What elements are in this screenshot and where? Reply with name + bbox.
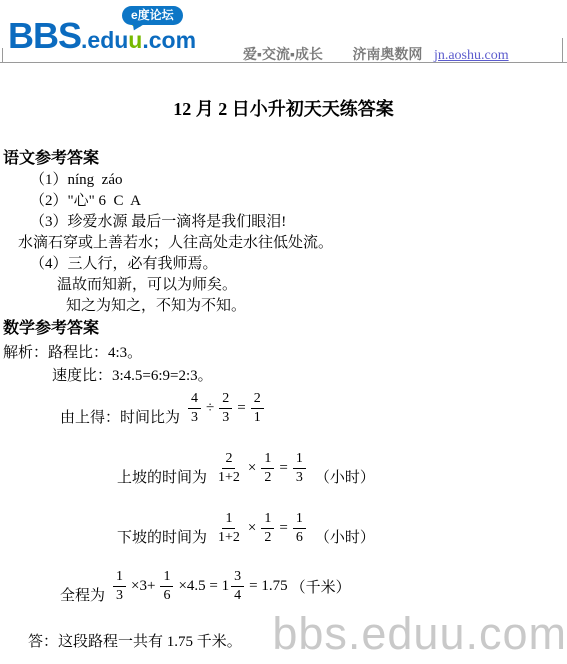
site-header: BBS .edu u .com e度论坛 爱▪交流▪成长 济南奥数网 jn.ao…: [0, 0, 567, 63]
logo-text-com: .com: [142, 29, 196, 52]
equals-operator: =: [279, 520, 287, 537]
chinese-answer-line: 水滴石穿或上善若水；人往高处走水往低处流。: [18, 231, 333, 252]
formula-label: 由上得：时间比为: [60, 406, 180, 427]
formula-unit: （小时）: [315, 466, 375, 487]
fraction-denominator: 6: [293, 529, 306, 547]
fraction-numerator: 1: [293, 450, 306, 469]
fraction-numerator: 1: [261, 450, 274, 469]
fraction-denominator: 2: [261, 469, 274, 487]
page: BBS .edu u .com e度论坛 爱▪交流▪成长 济南奥数网 jn.ao…: [0, 0, 567, 664]
chinese-answer-line: 知之为知之，不知为不知。: [66, 294, 246, 315]
fraction-numerator: 1: [293, 510, 306, 529]
fraction-denominator: 3: [188, 409, 201, 427]
fraction: 1 2: [261, 450, 274, 487]
equals-operator: =: [279, 460, 287, 477]
forum-bubble-badge: e度论坛: [122, 6, 183, 25]
expression-text: = 1.75: [249, 578, 287, 595]
math-analysis-line: 速度比：3:4.5=6:9=2:3。: [52, 364, 213, 385]
equals-operator: =: [237, 400, 245, 417]
formula-downhill-time: 下坡的时间为 1 1+2 × 1 2 = 1 6 （小时）: [117, 510, 375, 547]
fraction: 2 1: [251, 390, 264, 427]
multiply-operator: ×: [248, 520, 256, 537]
formula-label: 下坡的时间为: [117, 526, 207, 547]
slogan-text: 爱▪交流▪成长: [243, 48, 323, 63]
fraction-denominator: 3: [219, 409, 232, 427]
fraction: 1 6: [160, 568, 173, 605]
fraction: 2 3: [219, 390, 232, 427]
border-tick-left: [2, 48, 3, 62]
fraction-numerator: 2: [219, 390, 232, 409]
fraction-numerator: 1: [222, 510, 235, 529]
fraction-numerator: 2: [222, 450, 235, 469]
chinese-answer-line: （4）三人行，必有我师焉。: [30, 252, 218, 273]
chinese-answer-line: （1）níng záo: [30, 168, 122, 189]
formula-time-ratio: 由上得：时间比为 4 3 ÷ 2 3 = 2 1: [60, 390, 267, 427]
multiply-operator: ×: [248, 460, 256, 477]
math-section-heading: 数学参考答案: [3, 315, 99, 338]
fraction-numerator: 1: [261, 510, 274, 529]
fraction-denominator: 3: [113, 587, 126, 605]
divide-operator: ÷: [206, 400, 214, 417]
formula-uphill-time: 上坡的时间为 2 1+2 × 1 2 = 1 3 （小时）: [117, 450, 375, 487]
fraction: 1 1+2: [215, 510, 243, 547]
header-divider: [0, 62, 567, 63]
chinese-section-heading: 语文参考答案: [3, 145, 99, 168]
site-name: 济南奥数网: [352, 48, 422, 63]
fraction-denominator: 6: [160, 587, 173, 605]
fraction: 2 1+2: [215, 450, 243, 487]
fraction: 4 3: [188, 390, 201, 427]
fraction-denominator: 4: [231, 587, 244, 605]
fraction: 1 3: [113, 568, 126, 605]
chinese-answer-line: 温故而知新，可以为师矣。: [57, 273, 237, 294]
border-tick-right: [562, 38, 563, 62]
expression-text: ×3+: [131, 578, 155, 595]
site-link[interactable]: jn.aoshu.com: [434, 48, 509, 63]
math-analysis-line: 解析：路程比：4:3。: [3, 341, 142, 362]
watermark-text: bbs.eduu.com: [272, 608, 567, 660]
fraction: 1 3: [293, 450, 306, 487]
logo-text-bbs: BBS: [8, 18, 81, 54]
fraction-denominator: 2: [261, 529, 274, 547]
formula-label: 上坡的时间为: [117, 466, 207, 487]
formula-label: 全程为: [60, 584, 105, 605]
header-right: 爱▪交流▪成长 济南奥数网 jn.aoshu.com: [243, 44, 509, 64]
formula-unit: （千米）: [291, 576, 351, 597]
fraction-numerator: 4: [188, 390, 201, 409]
fraction-denominator: 1+2: [215, 529, 243, 547]
fraction: 1 2: [261, 510, 274, 547]
fraction-numerator: 3: [231, 568, 244, 587]
fraction-numerator: 1: [160, 568, 173, 587]
fraction-numerator: 1: [113, 568, 126, 587]
chinese-answer-line: （2）"心" 6 C A: [30, 189, 141, 210]
fraction-denominator: 1+2: [215, 469, 243, 487]
fraction-denominator: 1: [251, 409, 264, 427]
page-title: 12 月 2 日小升初天天练答案: [0, 95, 567, 121]
fraction: 3 4: [231, 568, 244, 605]
chinese-answer-line: （3）珍爱水源 最后一滴将是我们眼泪!: [30, 210, 286, 231]
formula-unit: （小时）: [315, 526, 375, 547]
fraction: 1 6: [293, 510, 306, 547]
expression-text: ×4.5 = 1: [178, 578, 229, 595]
formula-total-distance: 全程为 1 3 ×3+ 1 6 ×4.5 = 1 3 4 = 1.75 （千米）: [60, 568, 351, 605]
fraction-numerator: 2: [251, 390, 264, 409]
fraction-denominator: 3: [293, 469, 306, 487]
logo-text-edu: .edu: [81, 29, 128, 52]
final-answer-line: 答：这段路程一共有 1.75 千米。: [28, 630, 242, 651]
